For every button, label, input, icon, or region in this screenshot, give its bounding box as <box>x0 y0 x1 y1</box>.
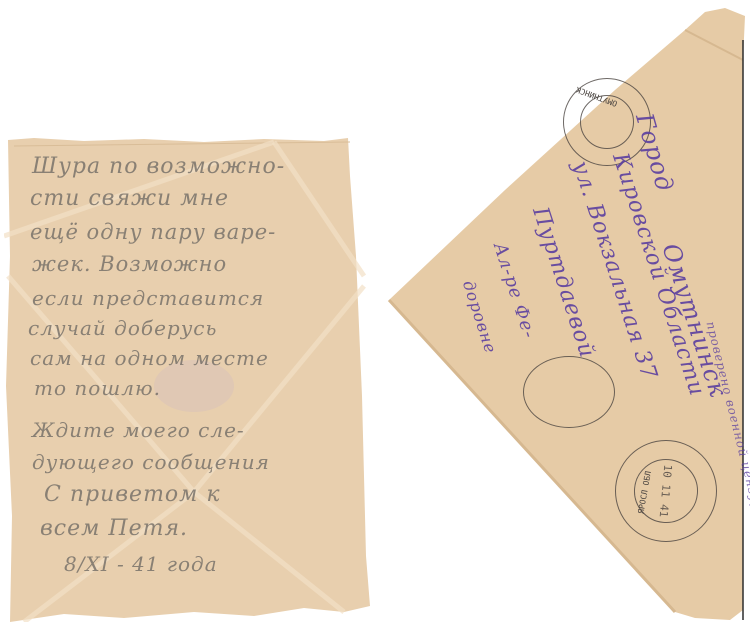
postmark-middle <box>523 356 615 428</box>
letter-line-9: Ждите моего сле- <box>32 418 245 442</box>
letter-line-10: дующего сообщения <box>32 450 270 474</box>
letter-line-5: если представится <box>32 286 264 310</box>
letter-page: Шура по возможно- сти свяжи мне ещё одну… <box>4 136 370 622</box>
letter-line-12: всем Петя. <box>40 516 188 541</box>
letter-line-4: жек. Возможно <box>32 252 227 276</box>
letter-line-2: сти свяжи мне <box>30 186 229 211</box>
letter-line-6: случай доберусь <box>28 316 217 340</box>
letter-line-7: сам на одном месте <box>30 346 269 370</box>
postmark-bottom: 10 11 41 <box>615 440 717 542</box>
letter-line-11: С приветом к <box>44 482 221 507</box>
letter-line-3: ещё одну пару варе- <box>30 220 276 244</box>
letter-date: 8/XI - 41 года <box>64 552 218 576</box>
envelope-triangle: ОМУТНИНСК 10 11 41 ЯРОСЛ ОБЛ Город Киров… <box>385 0 750 634</box>
letter-line-8: то пошлю. <box>34 376 161 400</box>
letter-line-1: Шура по возможно- <box>32 154 285 179</box>
